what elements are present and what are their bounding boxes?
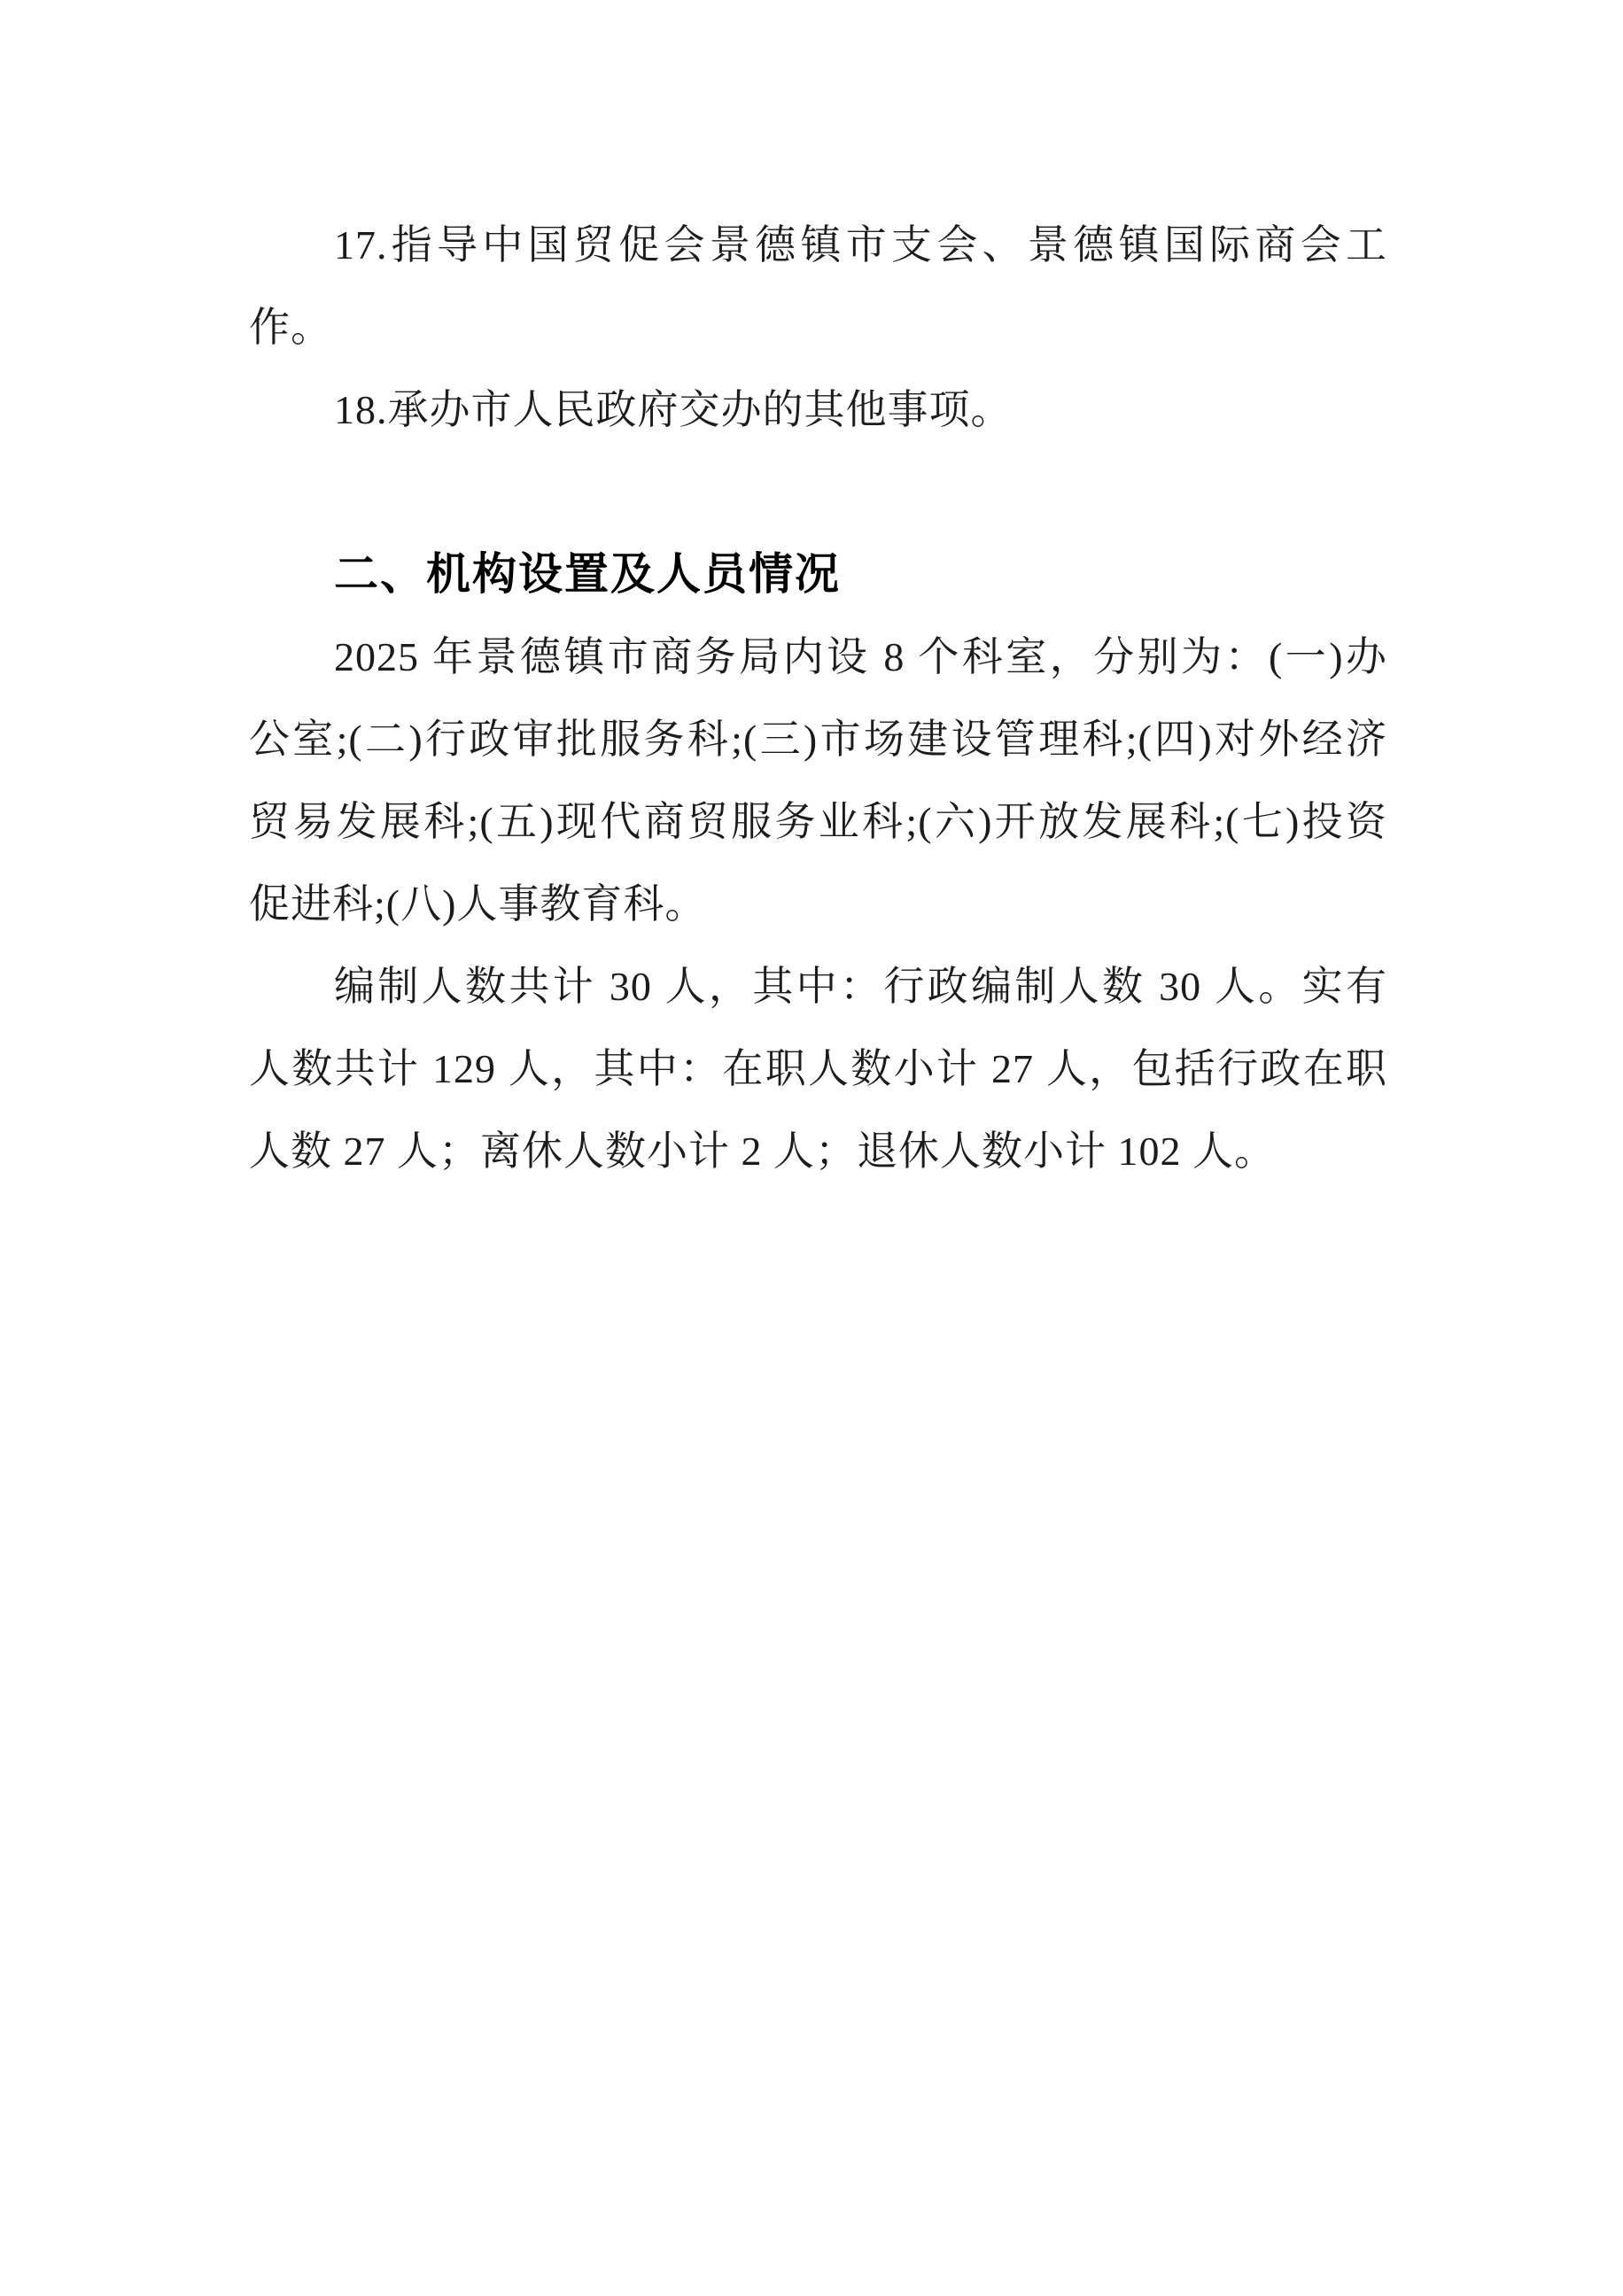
staffing-paragraph-line-1: 编制人数共计 30 人，其中：行政编制人数 30 人。实有: [249, 945, 1387, 1028]
departments-paragraph-line-4: 促进科;(八)人事教育科。: [249, 863, 1387, 945]
departments-paragraph-line-3: 贸易发展科;(五)现代商贸服务业科;(六)开放发展科;(七)投资: [249, 780, 1387, 863]
section-heading: 二、机构设置及人员情况: [334, 533, 1387, 616]
item-18-line-1: 18.承办市人民政府交办的其他事项。: [249, 368, 1387, 451]
staffing-paragraph-line-3: 人数 27 人；离休人数小计 2 人；退休人数小计 102 人。: [249, 1110, 1387, 1192]
staffing-paragraph-line-2: 人数共计 129 人，其中：在职人数小计 27 人，包括行政在职: [249, 1028, 1387, 1110]
document-page: 17.指导中国贸促会景德镇市支会、景德镇国际商会工 作。 18.承办市人民政府交…: [0, 0, 1623, 2296]
document-content: 17.指导中国贸促会景德镇市支会、景德镇国际商会工 作。 18.承办市人民政府交…: [249, 204, 1387, 1192]
item-17-line-2: 作。: [249, 286, 1387, 368]
departments-paragraph-line-1: 2025 年景德镇市商务局内设 8 个科室，分别为：(一)办: [249, 616, 1387, 698]
item-17-line-1: 17.指导中国贸促会景德镇市支会、景德镇国际商会工: [249, 204, 1387, 286]
departments-paragraph-line-2: 公室;(二)行政审批服务科;(三)市场建设管理科;(四)对外经济: [249, 698, 1387, 780]
